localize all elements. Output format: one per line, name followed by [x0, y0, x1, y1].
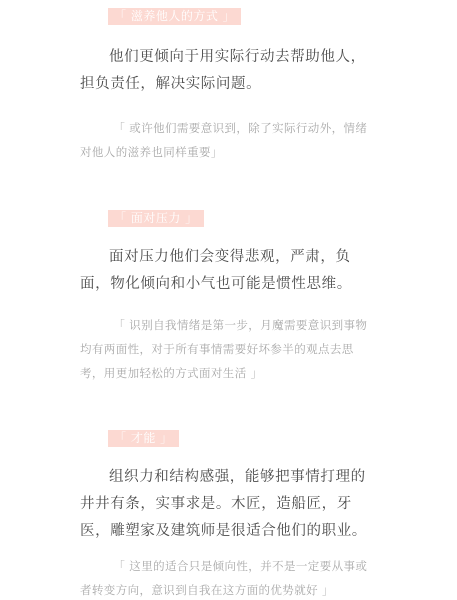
section-quote: 「 这里的适合只是倾向性，并不是一定要从事或者转变方向，意识到自我在这方面的优势… — [80, 554, 372, 600]
section-tag: 「 滋养他人的方式 」 — [108, 8, 241, 25]
section-tag: 「 才能 」 — [108, 430, 179, 447]
section-body: 他们更倾向于用实际行动去帮助他人，担负责任，解决实际问题。 — [80, 44, 372, 98]
section-quote: 「 识别自我情绪是第一步，月魔需要意识到事物均有两面性，对于所有事情需要好坏参半… — [80, 313, 372, 385]
section-body: 面对压力他们会变得悲观，严肃，负面，物化倾向和小气也可能是惯性思维。 — [80, 244, 372, 298]
section-body: 组织力和结构感强，能够把事情打理的井井有条，实事求是。木匠，造船匠，牙医，雕塑家… — [80, 464, 372, 545]
section-quote: 「 或许他们需要意识到，除了实际行动外，情绪对他人的滋养也同样重要」 — [80, 116, 372, 164]
section-tag: 「 面对压力 」 — [108, 210, 204, 227]
